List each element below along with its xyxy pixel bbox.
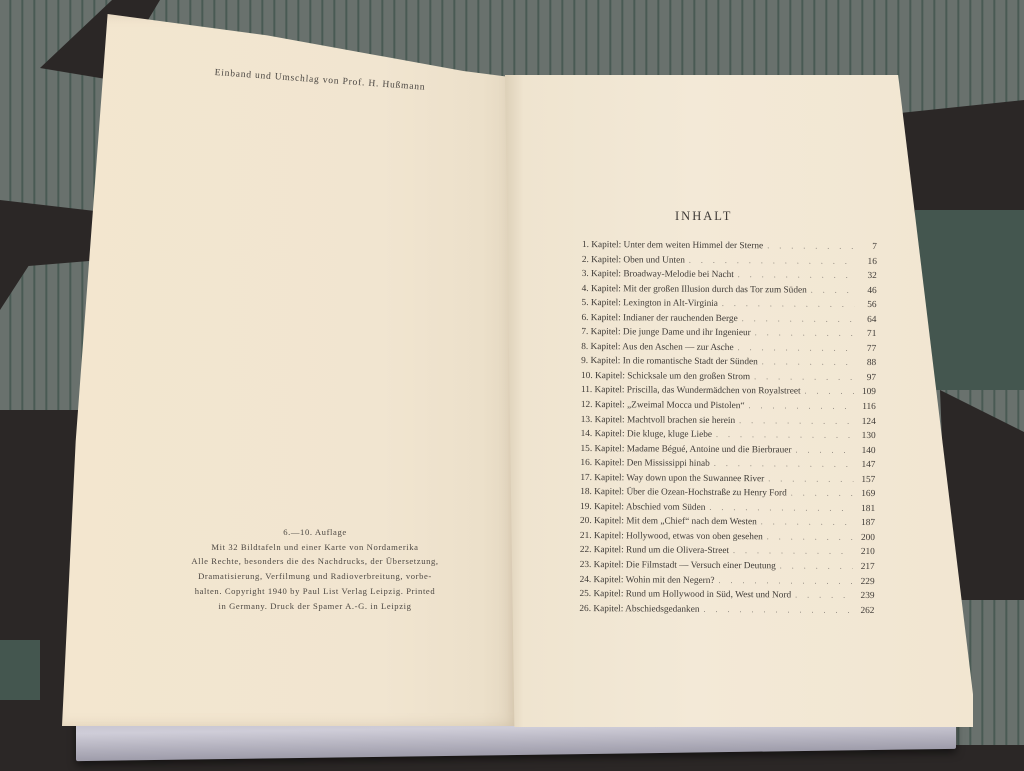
imprint-line: Alle Rechte, besonders die des Nachdruck…	[160, 554, 470, 569]
page-number: 97	[858, 373, 876, 383]
page-number: 124	[858, 416, 876, 426]
chapter-title: 24. Kapitel: Wohin mit den Negern?	[580, 575, 715, 586]
page-number: 109	[858, 387, 876, 397]
chapter-title: 15. Kapitel: Madame Bégué, Antoine und d…	[581, 444, 792, 455]
imprint-line: in Germany. Druck der Spamer A.-G. in Le…	[160, 599, 470, 614]
page-number: 32	[859, 271, 877, 281]
dot-leader: . . . . . . . . . . . . . . . . . . . . …	[716, 430, 854, 440]
table-of-contents-title: INHALT	[675, 209, 732, 224]
dot-leader: . . . . . . . . . . . . . . . . . . . . …	[709, 503, 853, 513]
chapter-title: 11. Kapitel: Priscilla, das Wundermädche…	[581, 385, 801, 397]
dot-leader: . . . . . . . . . . . . . . . . . . . . …	[755, 328, 855, 338]
page-number: 147	[857, 460, 875, 470]
chapter-title: 4. Kapitel: Mit der großen Illusion durc…	[582, 284, 807, 296]
dot-leader: . . . . . . . . . . . . . . . . . . . . …	[795, 445, 853, 454]
imprint-line: Dramatisierung, Verfilmung und Radioverb…	[160, 569, 470, 584]
dot-leader: . . . . . . . . . . . . . . . . . . . . …	[780, 561, 853, 571]
page-number: 71	[858, 329, 876, 339]
imprint-line: Mit 32 Bildtafeln und einer Karte von No…	[160, 540, 470, 555]
page-number: 56	[859, 300, 877, 310]
chapter-title: 18. Kapitel: Über die Ozean-Hochstraße z…	[580, 487, 787, 498]
imprint-line: 6.—10. Auflage	[160, 525, 470, 540]
page-number: 169	[857, 489, 875, 499]
dot-leader: . . . . . . . . . . . . . . . . . . . . …	[795, 591, 852, 600]
page-number: 157	[857, 475, 875, 485]
page-number: 46	[859, 286, 877, 296]
dot-leader: . . . . . . . . . . . . . . . . . . . . …	[722, 299, 855, 309]
chapter-title: 13. Kapitel: Machtvoll brachen sie herei…	[581, 415, 735, 426]
imprint-block: 6.—10. Auflage Mit 32 Bildtafeln und ein…	[160, 525, 470, 613]
chapter-title: 16. Kapitel: Den Mississippi hinab	[580, 458, 709, 469]
chapter-title: 3. Kapitel: Broadway-Melodie bei Nacht	[582, 269, 734, 280]
page-number: 187	[857, 518, 875, 528]
chapter-title: 6. Kapitel: Indianer der rauchenden Berg…	[581, 313, 737, 324]
chapter-title: 2. Kapitel: Oben und Unten	[582, 255, 685, 266]
page-number: 16	[859, 256, 877, 266]
dot-leader: . . . . . . . . . . . . . . . . . . . . …	[738, 343, 855, 353]
imprint-line: halten. Copyright 1940 by Paul List Verl…	[160, 584, 470, 599]
dot-leader: . . . . . . . . . . . . . . . . . . . . …	[805, 387, 854, 396]
dot-leader: . . . . . . . . . . . . . . . . . . . . …	[718, 576, 852, 586]
dot-leader: . . . . . . . . . . . . . . . . . . . . …	[754, 372, 854, 382]
chapter-title: 22. Kapitel: Rund um die Olivera-Street	[580, 545, 729, 556]
page-number: 217	[857, 562, 875, 572]
chapter-title: 20. Kapitel: Mit dem „Chief“ nach dem We…	[580, 516, 757, 527]
dot-leader: . . . . . . . . . . . . . . . . . . . . …	[714, 459, 854, 469]
page-number: 77	[858, 344, 876, 354]
chapter-title: 19. Kapitel: Abschied vom Süden	[580, 502, 705, 513]
page-number: 210	[857, 547, 875, 557]
dot-leader: . . . . . . . . . . . . . . . . . . . . …	[749, 401, 854, 411]
chapter-title: 12. Kapitel: „Zweimal Mocca und Pistolen…	[581, 400, 745, 411]
chapter-title: 7. Kapitel: Die junge Dame und ihr Ingen…	[581, 327, 750, 338]
chapter-title: 14. Kapitel: Die kluge, kluge Liebe	[581, 429, 712, 440]
page-number: 130	[858, 431, 876, 441]
page-number: 262	[856, 606, 874, 616]
dot-leader: . . . . . . . . . . . . . . . . . . . . …	[742, 314, 855, 324]
chapter-title: 26. Kapitel: Abschiedsgedanken	[579, 604, 699, 615]
table-of-contents: 1. Kapitel: Unter dem weiten Himmel der …	[579, 240, 877, 620]
camo-green-patch-left	[0, 640, 40, 700]
dot-leader: . . . . . . . . . . . . . . . . . . . . …	[767, 241, 855, 251]
dot-leader: . . . . . . . . . . . . . . . . . . . . …	[791, 489, 854, 498]
toc-entry: 26. Kapitel: Abschiedsgedanken. . . . . …	[579, 604, 874, 621]
dot-leader: . . . . . . . . . . . . . . . . . . . . …	[762, 358, 854, 368]
dot-leader: . . . . . . . . . . . . . . . . . . . . …	[761, 518, 853, 528]
chapter-title: 9. Kapitel: In die romantische Stadt der…	[581, 356, 758, 367]
dot-leader: . . . . . . . . . . . . . . . . . . . . …	[738, 270, 855, 280]
dot-leader: . . . . . . . . . . . . . . . . . . . . …	[689, 255, 855, 265]
chapter-title: 10. Kapitel: Schicksale um den großen St…	[581, 371, 750, 382]
dot-leader: . . . . . . . . . . . . . . . . . . . . …	[733, 547, 853, 557]
page-number: 200	[857, 533, 875, 543]
dot-leader: . . . . . . . . . . . . . . . . . . . . …	[739, 416, 854, 426]
page-number: 229	[857, 577, 875, 587]
page-number: 116	[858, 402, 876, 412]
chapter-title: 1. Kapitel: Unter dem weiten Himmel der …	[582, 240, 763, 251]
chapter-title: 5. Kapitel: Lexington in Alt-Virginia	[582, 298, 718, 309]
left-page	[62, 14, 518, 726]
page-number: 64	[858, 315, 876, 325]
page-number: 7	[859, 242, 877, 252]
dot-leader: . . . . . . . . . . . . . . . . . . . . …	[768, 474, 853, 484]
dot-leader: . . . . . . . . . . . . . . . . . . . . …	[811, 285, 855, 294]
page-number: 239	[856, 591, 874, 601]
chapter-title: 17. Kapitel: Way down upon the Suwannee …	[580, 473, 764, 484]
chapter-title: 8. Kapitel: Aus den Aschen — zur Asche	[581, 342, 733, 353]
page-number: 88	[858, 358, 876, 368]
page-number: 140	[858, 446, 876, 456]
chapter-title: 25. Kapitel: Rund um Hollywood in Süd, W…	[579, 589, 791, 600]
dot-leader: . . . . . . . . . . . . . . . . . . . . …	[767, 532, 853, 542]
dot-leader: . . . . . . . . . . . . . . . . . . . . …	[703, 605, 852, 615]
chapter-title: 21. Kapitel: Hollywood, etwas von oben g…	[580, 531, 763, 542]
chapter-title: 23. Kapitel: Die Filmstadt — Versuch ein…	[580, 560, 776, 571]
page-number: 181	[857, 504, 875, 514]
